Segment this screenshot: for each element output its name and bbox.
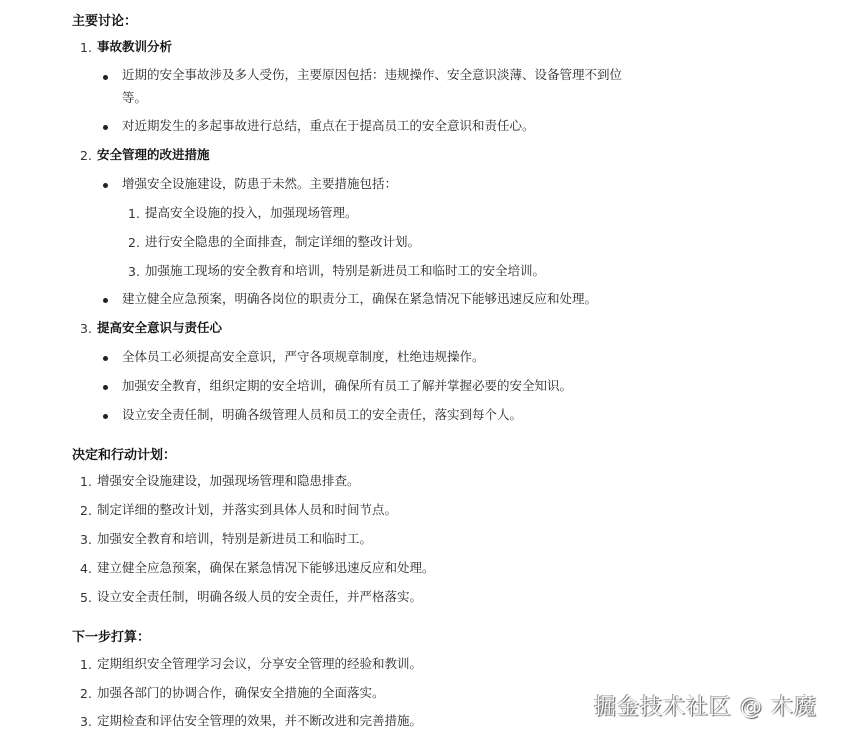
sub-item-number: 2. — [128, 235, 140, 250]
item-number: 2. — [80, 503, 92, 518]
sub-item-number: 3. — [128, 264, 140, 279]
bullet-icon — [103, 298, 108, 303]
section-title: 安全管理的改进措施 — [97, 146, 210, 164]
heading-next-steps: 下一步打算： — [72, 626, 150, 645]
list-item: 定期组织安全管理学习会议，分享安全管理的经验和教训。 — [97, 655, 422, 673]
heading-decisions: 决定和行动计划： — [72, 444, 176, 463]
item-number: 1. — [80, 657, 92, 672]
item-number: 3. — [80, 714, 92, 729]
item-number: 1. — [80, 474, 92, 489]
list-item: 增强安全设施建设，加强现场管理和隐患排查。 — [97, 472, 360, 490]
sub-list-item: 加强施工现场的安全教育和培训，特别是新进员工和临时工的安全培训。 — [145, 262, 545, 280]
bullet-icon — [103, 75, 108, 80]
item-number: 2. — [80, 686, 92, 701]
watermark: 掘金技术社区 @ 木魔 — [594, 690, 817, 721]
list-item: 对近期发生的多起事故进行总结，重点在于提高员工的安全意识和责任心。 — [122, 117, 535, 135]
sub-list-item: 提高安全设施的投入，加强现场管理。 — [145, 204, 358, 222]
list-item: 增强安全设施建设，防患于未然。主要措施包括： — [122, 175, 397, 193]
item-number: 4. — [80, 561, 92, 576]
sub-list-item: 进行安全隐患的全面排查，制定详细的整改计划。 — [145, 233, 420, 251]
list-item: 加强安全教育，组织定期的安全培训，确保所有员工了解并掌握必要的安全知识。 — [122, 377, 572, 395]
list-item: 全体员工必须提高安全意识，严守各项规章制度，杜绝违规操作。 — [122, 348, 485, 366]
list-item: 建立健全应急预案，确保在紧急情况下能够迅速反应和处理。 — [97, 559, 435, 577]
section-title: 事故教训分析 — [97, 38, 172, 56]
section-number: 1. — [80, 40, 92, 55]
list-item: 设立安全责任制，明确各级管理人员和员工的安全责任，落实到每个人。 — [122, 406, 522, 424]
section-number: 3. — [80, 321, 92, 336]
bullet-icon — [103, 125, 108, 130]
item-number: 5. — [80, 590, 92, 605]
list-item: 加强各部门的协调合作，确保安全措施的全面落实。 — [97, 684, 385, 702]
list-item-continuation: 等。 — [122, 89, 147, 107]
list-item: 设立安全责任制，明确各级人员的安全责任，并严格落实。 — [97, 588, 422, 606]
section-title: 提高安全意识与责任心 — [97, 319, 222, 337]
bullet-icon — [103, 385, 108, 390]
heading-main-discussion: 主要讨论： — [72, 10, 137, 29]
bullet-icon — [103, 414, 108, 419]
bullet-icon — [103, 183, 108, 188]
list-item: 近期的安全事故涉及多人受伤，主要原因包括：违规操作、安全意识淡薄、设备管理不到位 — [122, 66, 622, 84]
section-number: 2. — [80, 148, 92, 163]
item-number: 3. — [80, 532, 92, 547]
list-item: 建立健全应急预案，明确各岗位的职责分工，确保在紧急情况下能够迅速反应和处理。 — [122, 290, 597, 308]
list-item: 制定详细的整改计划，并落实到具体人员和时间节点。 — [97, 501, 397, 519]
list-item: 加强安全教育和培训，特别是新进员工和临时工。 — [97, 530, 372, 548]
bullet-icon — [103, 356, 108, 361]
list-item: 定期检查和评估安全管理的效果，并不断改进和完善措施。 — [97, 712, 422, 730]
sub-item-number: 1. — [128, 206, 140, 221]
